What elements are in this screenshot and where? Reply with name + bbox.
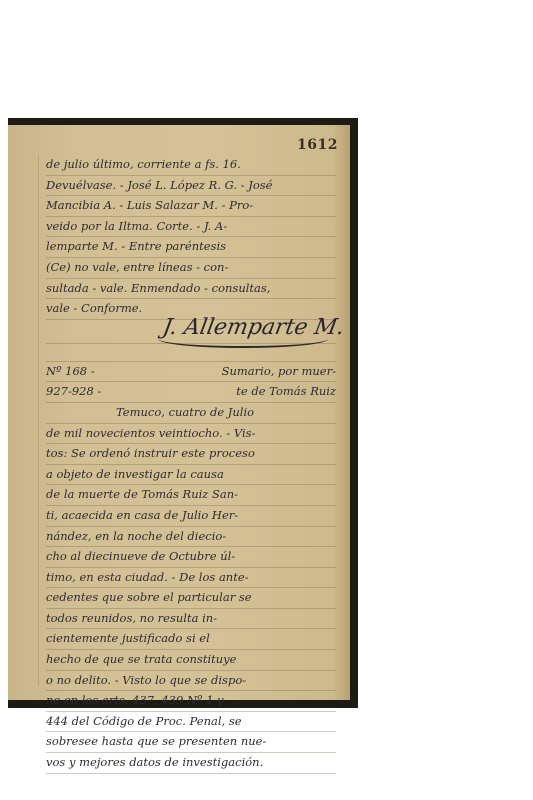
scan-frame: 1612 de julio último, corriente a fs. 16… (8, 118, 358, 708)
text-line: de mil novecientos veintiocho. - Vis- (46, 424, 336, 445)
entry-subject-1: Sumario, por muer- (222, 362, 336, 382)
text-line: todos reunidos, no resulta in- (46, 609, 336, 630)
text-line: nández, en la noche del diecio- (46, 527, 336, 548)
text-line: ti, acaecida en casa de Julio Her- (46, 506, 336, 527)
ruled-text-area: de julio último, corriente a fs. 16. Dev… (46, 155, 336, 686)
entry-header-line-2: 927-928 - te de Tomás Ruiz (46, 382, 336, 403)
text-line: vos y mejores datos de investigación. (46, 753, 336, 774)
entry-header-line-1: Nº 168 - Sumario, por muer- (46, 362, 336, 383)
text-line: hecho de que se trata constituye (46, 650, 336, 671)
text-line: ne en los arts. 437, 439 Nº 1 y (46, 691, 336, 712)
text-line: lemparte M. - Entre paréntesis (46, 237, 336, 258)
text-line: de julio último, corriente a fs. 16. (46, 155, 336, 176)
text-line: sobresee hasta que se presenten nue- (46, 732, 336, 753)
text-line: sultada - vale. Enmendado - consultas, (46, 279, 336, 300)
text-line: veido por la Iltma. Corte. - J. A- (46, 217, 336, 238)
entry-number: Nº 168 - (46, 362, 95, 382)
text-line: 444 del Código de Proc. Penal, se (46, 712, 336, 733)
text-line: Temuco, cuatro de Julio (46, 403, 336, 424)
text-line: de la muerte de Tomás Ruiz San- (46, 485, 336, 506)
text-line: timo, en esta ciudad. - De los ante- (46, 568, 336, 589)
text-line: a objeto de investigar la causa (46, 465, 336, 486)
text-line: (Ce) no vale, entre líneas - con- (46, 258, 336, 279)
entry-folios: 927-928 - (46, 382, 101, 402)
text-line: cho al diecinueve de Octubre úl- (46, 547, 336, 568)
text-line: Devuélvase. - José L. López R. G. - José (46, 176, 336, 197)
text-line: cedentes que sobre el particular se (46, 588, 336, 609)
text-line: o no delito. - Visto lo que se dispo- (46, 671, 336, 692)
blank-line (46, 344, 336, 362)
ledger-page: 1612 de julio último, corriente a fs. 16… (8, 125, 350, 700)
text-line: cientemente justificado si el (46, 629, 336, 650)
text-line: Mancibia A. - Luis Salazar M. - Pro- (46, 196, 336, 217)
margin-rule (38, 155, 39, 686)
signature-flourish (158, 330, 328, 348)
page-number: 1612 (297, 137, 338, 153)
entry-subject-2: te de Tomás Ruiz (236, 382, 336, 402)
text-line: tos: Se ordenó instruir este proceso (46, 444, 336, 465)
